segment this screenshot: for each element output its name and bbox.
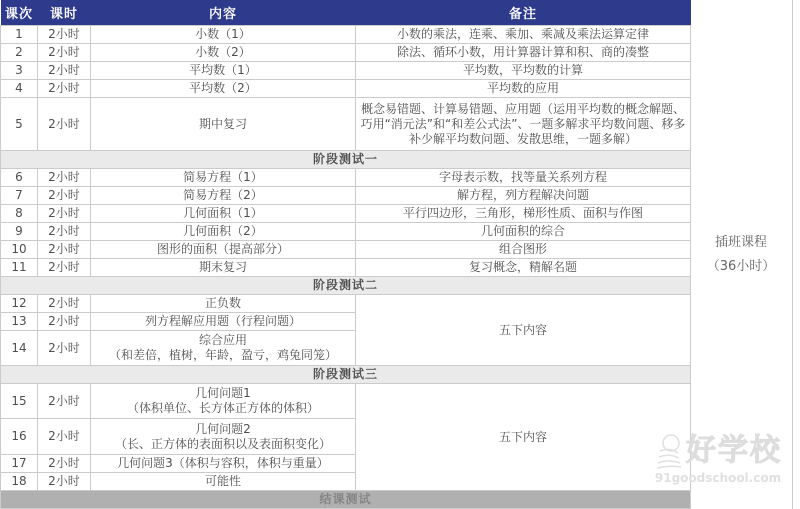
- note-cell: 字母表示数，找等量关系列方程: [356, 169, 691, 187]
- section-banner-row: 阶段测试三: [1, 366, 691, 384]
- hours-cell: 2小时: [38, 259, 91, 277]
- header-col-content: 内容: [91, 0, 356, 26]
- note-line: 字母表示数，找等量关系列方程: [359, 170, 687, 185]
- content-cell: 几何问题1（体积单位、长方体正方体的体积）: [91, 384, 356, 419]
- content-cell: 综合应用（和差倍，植树，年龄，盈亏，鸡兔同笼）: [91, 331, 356, 366]
- note-line: 小数的乘法，连乘、乘加、乘减及乘法运算定律: [359, 27, 687, 42]
- table-row: 82小时几何面积（1）平行四边形，三角形，梯形性质、面积与作图: [1, 205, 691, 223]
- content-line: 简易方程（1）: [94, 170, 352, 185]
- content-cell: 正负数: [91, 295, 356, 313]
- course-type-label: 插班课程: [715, 231, 767, 255]
- header-col-hours: 课时: [38, 0, 91, 26]
- content-cell: 平均数（2）: [91, 80, 356, 98]
- lesson-number-cell: 12: [1, 295, 38, 313]
- content-cell: 几何面积（2）: [91, 223, 356, 241]
- note-cell: 五下内容: [356, 384, 691, 491]
- content-line: 几何问题2: [94, 422, 352, 437]
- hours-cell: 2小时: [38, 331, 91, 366]
- content-line: 期末复习: [94, 260, 352, 275]
- content-cell: 几何问题2（长、正方体的表面积以及表面积变化）: [91, 419, 356, 455]
- hours-cell: 2小时: [38, 384, 91, 419]
- content-cell: 期中复习: [91, 98, 356, 151]
- note-cell: 小数的乘法，连乘、乘加、乘减及乘法运算定律: [356, 26, 691, 44]
- hours-cell: 2小时: [38, 295, 91, 313]
- content-line: 小数（1）: [94, 27, 352, 42]
- content-line: 可能性: [94, 474, 352, 489]
- table-row: 152小时几何问题1（体积单位、长方体正方体的体积）五下内容: [1, 384, 691, 419]
- content-cell: 平均数（1）: [91, 62, 356, 80]
- hours-cell: 2小时: [38, 187, 91, 205]
- note-line: 概念易错题、计算易错题、应用题（运用平均数的概念解题、巧用“消元法”和“和差公式…: [359, 102, 687, 147]
- content-cell: 简易方程（1）: [91, 169, 356, 187]
- course-schedule-page: 课次 课时 内容 备注 12小时小数（1）小数的乘法，连乘、乘加、乘减及乘法运算…: [0, 0, 800, 509]
- lesson-number-cell: 14: [1, 331, 38, 366]
- table-row: 72小时简易方程（2）解方程，列方程解决问题: [1, 187, 691, 205]
- course-schedule-table: 课次 课时 内容 备注 12小时小数（1）小数的乘法，连乘、乘加、乘减及乘法运算…: [0, 0, 691, 509]
- table-row: 62小时简易方程（1）字母表示数，找等量关系列方程: [1, 169, 691, 187]
- content-line: 简易方程（2）: [94, 188, 352, 203]
- content-cell: 小数（1）: [91, 26, 356, 44]
- note-line: 组合图形: [359, 242, 687, 257]
- content-line: 图形的面积（提高部分）: [94, 242, 352, 257]
- table-header-row: 课次 课时 内容 备注: [1, 0, 691, 26]
- stage-test-banner: 阶段测试一: [1, 151, 691, 169]
- content-line: 正负数: [94, 296, 352, 311]
- note-line: 平均数的应用: [359, 81, 687, 96]
- final-test-banner: 结课测试: [1, 491, 691, 509]
- table-row: 112小时期末复习复习概念，精解名题: [1, 259, 691, 277]
- note-cell: 概念易错题、计算易错题、应用题（运用平均数的概念解题、巧用“消元法”和“和差公式…: [356, 98, 691, 151]
- note-cell: 平均数，平均数的计算: [356, 62, 691, 80]
- lesson-number-cell: 16: [1, 419, 38, 455]
- content-cell: 几何问题3（体积与容积，体积与重量）: [91, 455, 356, 473]
- table-row: 22小时小数（2）除法、循环小数，用计算器计算和积、商的凑整: [1, 44, 691, 62]
- content-line: 平均数（2）: [94, 81, 352, 96]
- note-line: 复习概念，精解名题: [359, 260, 687, 275]
- content-line: （长、正方体的表面积以及表面积变化）: [94, 437, 352, 452]
- table-row: 32小时平均数（1）平均数，平均数的计算: [1, 62, 691, 80]
- stage-test-banner: 阶段测试二: [1, 277, 691, 295]
- lesson-number-cell: 6: [1, 169, 38, 187]
- note-line: 几何面积的综合: [359, 224, 687, 239]
- stage-test-banner: 阶段测试三: [1, 366, 691, 384]
- note-line: 平均数，平均数的计算: [359, 63, 687, 78]
- lesson-number-cell: 7: [1, 187, 38, 205]
- table-row: 92小时几何面积（2）几何面积的综合: [1, 223, 691, 241]
- hours-cell: 2小时: [38, 62, 91, 80]
- content-line: （和差倍，植树，年龄，盈亏，鸡兔同笼）: [94, 348, 352, 363]
- content-cell: 期末复习: [91, 259, 356, 277]
- note-cell: 组合图形: [356, 241, 691, 259]
- course-type-sidebar: 插班课程 （36小时）: [690, 0, 793, 509]
- course-hours-label: （36小时）: [707, 255, 776, 279]
- table-row: 52小时期中复习概念易错题、计算易错题、应用题（运用平均数的概念解题、巧用“消元…: [1, 98, 691, 151]
- hours-cell: 2小时: [38, 26, 91, 44]
- lesson-number-cell: 11: [1, 259, 38, 277]
- note-cell: 除法、循环小数，用计算器计算和积、商的凑整: [356, 44, 691, 62]
- lesson-number-cell: 1: [1, 26, 38, 44]
- hours-cell: 2小时: [38, 313, 91, 331]
- note-cell: 平行四边形，三角形，梯形性质、面积与作图: [356, 205, 691, 223]
- content-line: 几何问题3（体积与容积，体积与重量）: [94, 456, 352, 471]
- content-line: 平均数（1）: [94, 63, 352, 78]
- content-line: （体积单位、长方体正方体的体积）: [94, 401, 352, 416]
- content-line: 列方程解应用题（行程问题）: [94, 314, 352, 329]
- hours-cell: 2小时: [38, 169, 91, 187]
- note-cell: 几何面积的综合: [356, 223, 691, 241]
- content-cell: 图形的面积（提高部分）: [91, 241, 356, 259]
- lesson-number-cell: 15: [1, 384, 38, 419]
- header-col-lesson: 课次: [1, 0, 38, 26]
- content-line: 期中复习: [94, 117, 352, 132]
- lesson-number-cell: 18: [1, 473, 38, 491]
- table-row: 122小时正负数五下内容: [1, 295, 691, 313]
- note-cell: 复习概念，精解名题: [356, 259, 691, 277]
- hours-cell: 2小时: [38, 98, 91, 151]
- note-cell: 五下内容: [356, 295, 691, 366]
- section-banner-row: 阶段测试一: [1, 151, 691, 169]
- hours-cell: 2小时: [38, 80, 91, 98]
- lesson-number-cell: 3: [1, 62, 38, 80]
- content-cell: 简易方程（2）: [91, 187, 356, 205]
- content-line: 几何面积（1）: [94, 206, 352, 221]
- table-row: 12小时小数（1）小数的乘法，连乘、乘加、乘减及乘法运算定律: [1, 26, 691, 44]
- note-cell: 解方程，列方程解决问题: [356, 187, 691, 205]
- lesson-number-cell: 17: [1, 455, 38, 473]
- header-col-note: 备注: [356, 0, 691, 26]
- lesson-number-cell: 13: [1, 313, 38, 331]
- hours-cell: 2小时: [38, 455, 91, 473]
- content-cell: 列方程解应用题（行程问题）: [91, 313, 356, 331]
- lesson-number-cell: 4: [1, 80, 38, 98]
- note-line: 五下内容: [359, 323, 687, 338]
- lesson-number-cell: 2: [1, 44, 38, 62]
- note-line: 除法、循环小数，用计算器计算和积、商的凑整: [359, 45, 687, 60]
- table-row: 42小时平均数（2）平均数的应用: [1, 80, 691, 98]
- lesson-number-cell: 9: [1, 223, 38, 241]
- note-line: 解方程，列方程解决问题: [359, 188, 687, 203]
- hours-cell: 2小时: [38, 44, 91, 62]
- note-line: 平行四边形，三角形，梯形性质、面积与作图: [359, 206, 687, 221]
- content-cell: 可能性: [91, 473, 356, 491]
- hours-cell: 2小时: [38, 241, 91, 259]
- note-line: 五下内容: [359, 430, 687, 445]
- table-row: 102小时图形的面积（提高部分）组合图形: [1, 241, 691, 259]
- section-banner-row: 阶段测试二: [1, 277, 691, 295]
- content-cell: 小数（2）: [91, 44, 356, 62]
- content-line: 综合应用: [94, 333, 352, 348]
- content-line: 小数（2）: [94, 45, 352, 60]
- section-banner-row: 结课测试: [1, 491, 691, 509]
- note-cell: 平均数的应用: [356, 80, 691, 98]
- hours-cell: 2小时: [38, 473, 91, 491]
- content-line: 几何面积（2）: [94, 224, 352, 239]
- lesson-number-cell: 5: [1, 98, 38, 151]
- hours-cell: 2小时: [38, 205, 91, 223]
- lesson-number-cell: 8: [1, 205, 38, 223]
- lesson-number-cell: 10: [1, 241, 38, 259]
- content-cell: 几何面积（1）: [91, 205, 356, 223]
- hours-cell: 2小时: [38, 419, 91, 455]
- content-line: 几何问题1: [94, 386, 352, 401]
- hours-cell: 2小时: [38, 223, 91, 241]
